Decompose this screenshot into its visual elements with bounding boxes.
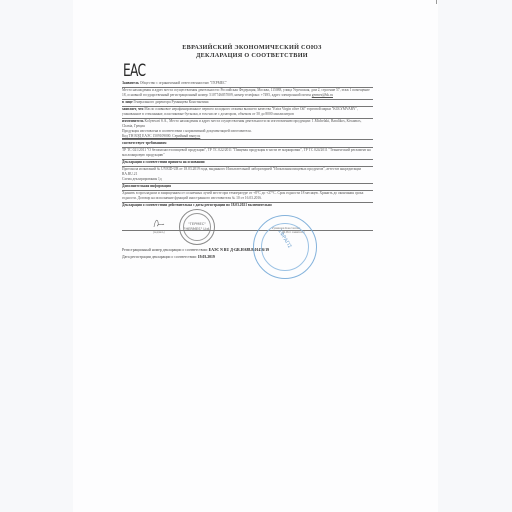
registration-block: Регистрационный номер декларации о соотв…	[122, 247, 373, 261]
represented-by: в лице Генерального директора Румянцева …	[122, 99, 373, 107]
validity-section: Декларация о соответствии действительна …	[122, 203, 373, 209]
registration-date-row: Дата регистрации декларации о соответств…	[122, 254, 373, 261]
signature-line	[122, 230, 373, 231]
applicant-address: Место нахождения и адрес места осуществл…	[122, 88, 373, 99]
signature-icon	[152, 217, 166, 229]
conforms-value: ТР ТС 021/2011 "О безопасности пищевой п…	[122, 148, 371, 157]
conforms-section: ТР ТС 021/2011 "О безопасности пищевой п…	[122, 148, 373, 160]
manufacturer-section: изготовитель Kolymvari S.A., Место нахож…	[122, 119, 373, 140]
registration-number-row: Регистрационный номер декларации о соотв…	[122, 247, 373, 254]
additional-section: Хранить в прохладном и защищенном от сол…	[122, 191, 373, 203]
stamp-line-1: "ГЕРМЕС"	[188, 222, 206, 227]
declares-section: заявляет, что Масло оливковое нерафиниро…	[122, 107, 373, 119]
additional-label-row: Дополнительная информация	[122, 183, 373, 191]
signature-row: (подпись) "ГЕРМЕС" "HERMES" Ltd. Румянце…	[122, 211, 373, 241]
declares-label: заявляет, что	[122, 107, 143, 111]
basis-label: Декларация о соответствии принята на осн…	[122, 160, 205, 164]
represented-label: в лице	[122, 100, 133, 104]
declaration-document: ЕВРАЗИЙСКИЙ ЭКОНОМИЧЕСКИЙ СОЮЗ ДЕКЛАРАЦИ…	[122, 44, 373, 261]
union-title: ЕВРАЗИЙСКИЙ ЭКОНОМИЧЕСКИЙ СОЮЗ	[132, 44, 372, 52]
product-description: Масло оливковое нерафинированное первого…	[122, 107, 358, 116]
applicant-value: Общество с ограниченной ответственностью…	[140, 81, 227, 85]
authority-stamp-icon: ΣΦΡΑΓΙΣ	[253, 215, 317, 279]
eac-logo-icon: EAC	[123, 63, 303, 80]
customs-code: Код ТН ВЭД ЕАЭС 1509109000. Серийный вып…	[122, 134, 373, 139]
applicant-email: germes@bk.ru	[312, 93, 333, 97]
applicant-label: Заявитель	[122, 81, 139, 85]
basis-label-row: Декларация о соответствии принята на осн…	[122, 160, 373, 167]
stamp-blue-text: ΣΦΡΑΓΙΣ	[276, 229, 292, 250]
represented-value: Генерального директора Румянцева Констан…	[134, 100, 209, 104]
validity-text: Декларация о соответствии действительна …	[122, 203, 272, 207]
manufacturer-label: изготовитель	[122, 119, 144, 123]
conforms-label-row: соответствует требованиям	[122, 139, 373, 147]
declaration-scheme: Схема декларирования 1д	[122, 177, 373, 182]
registration-date-label: Дата регистрации декларации о соответств…	[122, 255, 197, 259]
document-header: ЕВРАЗИЙСКИЙ ЭКОНОМИЧЕСКИЙ СОЮЗ ДЕКЛАРАЦИ…	[132, 44, 372, 60]
basis-value: Протокола испытаний № UYEID-UR от 18.03.…	[122, 167, 373, 177]
basis-section: Протокола испытаний № UYEID-UR от 18.03.…	[122, 167, 373, 183]
applicant-section: Заявитель Общество с ограниченной ответс…	[122, 80, 373, 87]
page-edge-mark	[436, 0, 437, 4]
registration-number-label: Регистрационный номер декларации о соотв…	[122, 248, 208, 252]
conforms-label: соответствует требованиям	[122, 141, 167, 145]
manufacturer-value: Kolymvari S.A., Место нахождения и адрес…	[122, 119, 361, 128]
signature-caption: (подпись)	[153, 231, 165, 234]
additional-value: Хранить в прохладном и защищенном от сол…	[122, 191, 363, 200]
additional-label: Дополнительная информация	[122, 184, 171, 188]
document-title: ДЕКЛАРАЦИЯ О СООТВЕТСТВИИ	[132, 52, 372, 60]
registration-date: 19.03.2019	[198, 255, 215, 259]
company-stamp-icon: "ГЕРМЕС" "HERMES" Ltd.	[179, 209, 215, 245]
